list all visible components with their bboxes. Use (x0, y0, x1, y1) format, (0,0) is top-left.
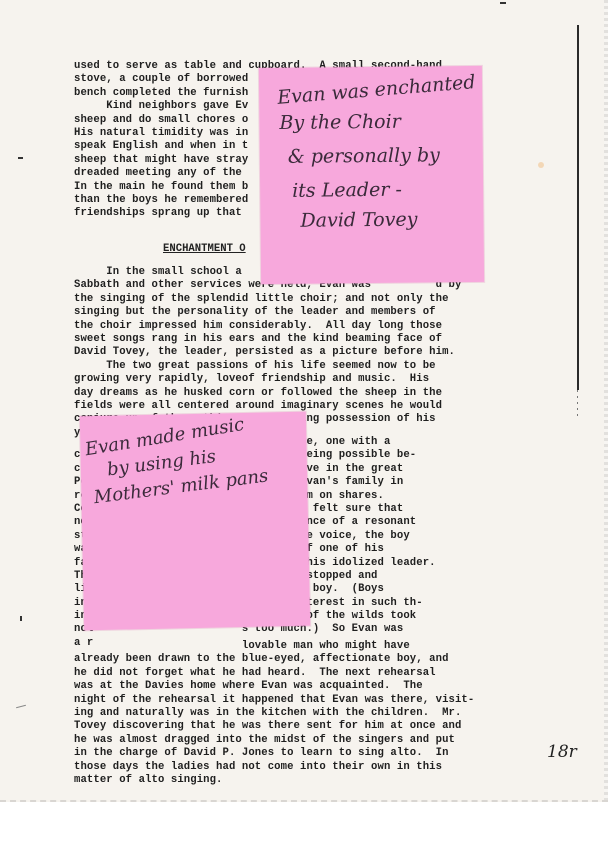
text-line: night of the rehearsal it happened that … (74, 694, 474, 707)
page-number: 18r (547, 742, 577, 762)
section-heading: ENCHANTMENT O (163, 243, 246, 255)
text-line: in the charge of David P. Jones to learn… (74, 747, 474, 760)
text-line: fields were all centered around imaginar… (74, 400, 461, 413)
handwritten-line: Evan was enchanted (277, 71, 477, 109)
text-line: day dreams as he husked corn or followed… (74, 387, 461, 400)
stray-mark (20, 616, 22, 621)
text-line: lovable man who might have (74, 640, 474, 653)
handwritten-line: By the Choir (279, 111, 400, 134)
text-line: sweet songs rang in his ears and the kin… (74, 333, 461, 346)
text-line: he was almost dragged into the midst of … (74, 734, 474, 747)
text-line: matter of alto singing. (74, 774, 474, 787)
text-block-bottom: lovable man who might havealready been d… (74, 640, 474, 787)
handwritten-line: David Tovey (300, 209, 417, 232)
text-line: those days the ladies had not come into … (74, 761, 474, 774)
stray-mark (500, 2, 506, 4)
text-line: David Tovey, the leader, persisted as a … (74, 346, 461, 359)
margin-rule (577, 25, 579, 390)
text-line: ing and naturally was in the kitchen wit… (74, 707, 474, 720)
margin-rule-fade (577, 390, 578, 420)
text-line: growing very rapidly, loveof friendship … (74, 373, 461, 386)
text-line: the singing of the splendid little choir… (74, 293, 461, 306)
text-line: Tovey discovering that he was there sent… (74, 720, 474, 733)
handwritten-line: & personally by (288, 144, 440, 168)
text-line: The two great passions of his life seeme… (74, 360, 461, 373)
stain (538, 162, 544, 168)
text-line: already been drawn to the blue-eyed, aff… (74, 653, 474, 666)
text-line: the choir impressed him considerably. Al… (74, 320, 461, 333)
text-line: was at the Davies home where Evan was ac… (74, 680, 474, 693)
sticky-note-choir: Evan was enchanted By the Choir & person… (259, 66, 484, 284)
text-line: singing but the personality of the leade… (74, 306, 461, 319)
text-line: he did not forget what he had heard. The… (74, 667, 474, 680)
stray-mark (18, 157, 23, 159)
sticky-note-music: Evan made music by using his Mothers' mi… (80, 412, 310, 631)
handwritten-line: its Leader - (292, 179, 402, 202)
page-edge (604, 0, 608, 800)
